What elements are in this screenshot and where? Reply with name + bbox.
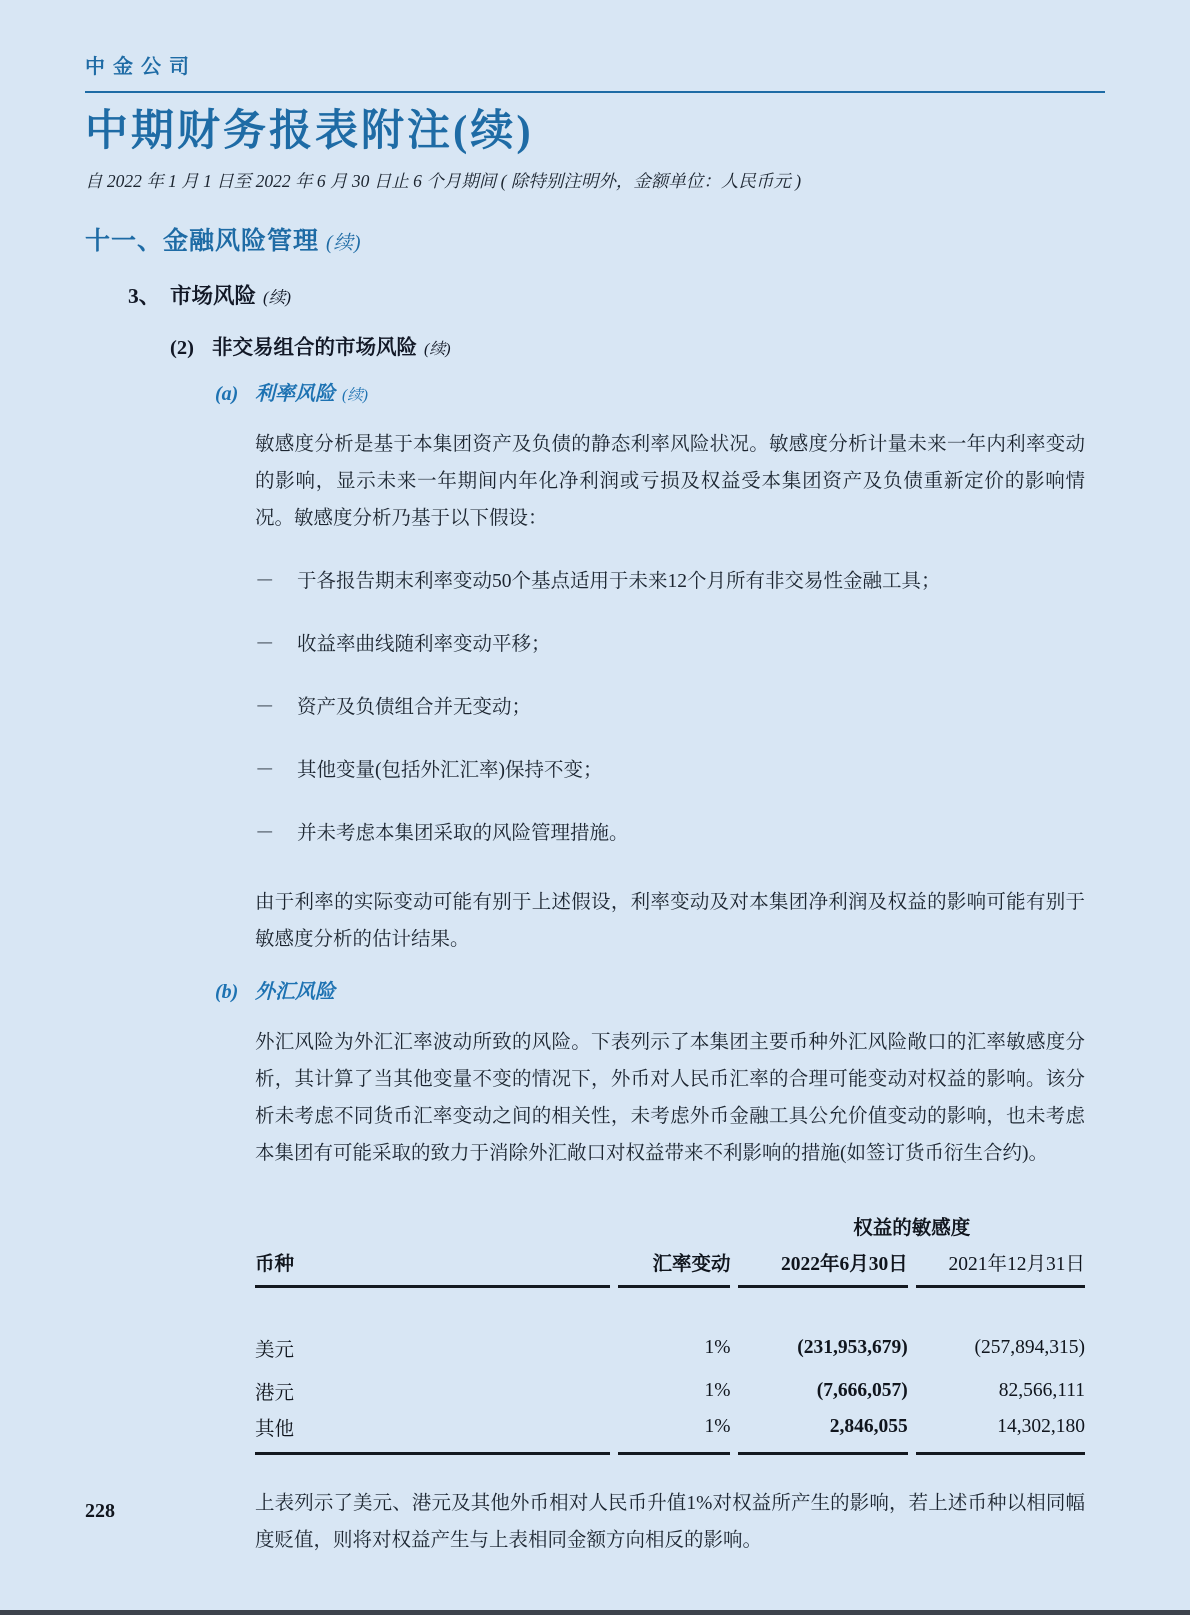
cell-value-2022: 2,846,055 [738, 1412, 907, 1455]
dash-marker: － [255, 563, 297, 600]
table-row: 其他 1% 2,846,055 14,302,180 [255, 1412, 1085, 1455]
table-row: 美元 1% (231,953,679) (257,894,315) [255, 1326, 1085, 1369]
cell-value-2021: 14,302,180 [916, 1412, 1085, 1455]
header-divider [85, 91, 1105, 93]
section-heading-market-risk: 3、市场风险(续) [128, 279, 1105, 310]
list-item: － 收益率曲线随利率变动平移； [255, 626, 1085, 663]
company-name: 中金公司 [85, 50, 1105, 79]
section-continued: (续) [342, 387, 368, 404]
dash-marker: － [255, 626, 297, 663]
section-heading-fx-risk: (b)外汇风险 [215, 975, 1105, 1004]
list-item-text: 并未考虑本集团采取的风险管理措施。 [297, 815, 1085, 852]
section-continued: (续) [326, 233, 362, 254]
list-item: － 并未考虑本集团采取的风险管理措施。 [255, 815, 1085, 852]
section-heading-interest-rate-risk: (a)利率风险(续) [215, 377, 1105, 406]
assumption-list: － 于各报告期末利率变动50个基点适用于未来12个月所有非交易性金融工具； － … [255, 563, 1085, 852]
table-spacer-row [255, 1288, 1085, 1326]
section-label: 外汇风险 [255, 981, 335, 1003]
cell-value-2021: 82,566,111 [916, 1369, 1085, 1412]
list-item-text: 其他变量(包括外汇汇率)保持不变； [297, 752, 1085, 789]
list-item: － 于各报告期末利率变动50个基点适用于未来12个月所有非交易性金融工具； [255, 563, 1085, 600]
cell-rate-change: 1% [618, 1369, 731, 1412]
table-row: 港元 1% (7,666,057) 82,566,111 [255, 1369, 1085, 1412]
page-number: 228 [85, 1500, 115, 1523]
paragraph-fx-intro: 外汇风险为外汇汇率波动所致的风险。下表列示了本集团主要币种外汇风险敞口的汇率敏感… [255, 1024, 1085, 1172]
list-item-text: 于各报告期末利率变动50个基点适用于未来12个月所有非交易性金融工具； [297, 563, 1085, 600]
cell-value-2022: (231,953,679) [738, 1326, 907, 1369]
page-bottom-edge [0, 1610, 1190, 1615]
dash-marker: － [255, 689, 297, 726]
table-header-row: 币种 汇率变动 2022年6月30日 2021年12月31日 [255, 1246, 1085, 1288]
list-item: － 资产及负债组合并无变动； [255, 689, 1085, 726]
cell-value-2022: (7,666,057) [738, 1369, 907, 1412]
section-label: 利率风险 [255, 383, 335, 405]
cell-value-2021: (257,894,315) [916, 1326, 1085, 1369]
paragraph-sensitivity-intro: 敏感度分析是基于本集团资产及负债的静态利率风险状况。敏感度分析计量未来一年内利率… [255, 426, 1085, 537]
page-subtitle: 自 2022 年 1 月 1 日至 2022 年 6 月 30 日止 6 个月期… [85, 168, 1105, 193]
page-content: 中金公司 中期财务报表附注(续) 自 2022 年 1 月 1 日至 2022 … [0, 0, 1190, 1559]
list-item: － 其他变量(包括外汇汇率)保持不变； [255, 752, 1085, 789]
section-heading-financial-risk: 十一、金融风险管理(续) [85, 221, 1105, 257]
group-header-equity-sensitivity: 权益的敏感度 [738, 1206, 1085, 1246]
fx-sensitivity-table: 权益的敏感度 币种 汇率变动 2022年6月30日 2021年12月31日 美元… [247, 1206, 1093, 1455]
section-heading-non-trading-market-risk: (2)非交易组合的市场风险(续) [170, 330, 1105, 360]
dash-marker: － [255, 752, 297, 789]
document-page: 中金公司 中期财务报表附注(续) 自 2022 年 1 月 1 日至 2022 … [0, 0, 1190, 1615]
paragraph-assumption-caveat: 由于利率的实际变动可能有别于上述假设，利率变动及对本集团净利润及权益的影响可能有… [255, 884, 1085, 958]
dash-marker: － [255, 815, 297, 852]
col-header-2021: 2021年12月31日 [916, 1246, 1085, 1288]
list-item-text: 资产及负债组合并无变动； [297, 689, 1085, 726]
section-label: 市场风险 [170, 284, 256, 308]
cell-rate-change: 1% [618, 1326, 731, 1369]
table-group-header-row: 权益的敏感度 [255, 1206, 1085, 1246]
list-item-text: 收益率曲线随利率变动平移； [297, 626, 1085, 663]
col-header-rate-change: 汇率变动 [618, 1246, 731, 1288]
cell-rate-change: 1% [618, 1412, 731, 1455]
section-label: 十一、金融风险管理 [85, 228, 319, 255]
col-header-currency: 币种 [255, 1246, 610, 1288]
paragraph-table-note: 上表列示了美元、港元及其他外币相对人民币升值1%对权益所产生的影响，若上述币种以… [255, 1485, 1085, 1559]
section-number: (a) [215, 383, 255, 406]
cell-currency: 其他 [255, 1412, 610, 1455]
section-continued: (续) [263, 288, 291, 307]
section-continued: (续) [424, 341, 451, 358]
empty-cell [618, 1206, 731, 1246]
cell-currency: 美元 [255, 1326, 610, 1369]
col-header-2022: 2022年6月30日 [738, 1246, 907, 1288]
page-title: 中期财务报表附注(续) [85, 107, 1105, 156]
section-number: (b) [215, 981, 255, 1004]
section-number: 3、 [128, 279, 170, 310]
empty-cell [255, 1206, 610, 1246]
section-label: 非交易组合的市场风险 [212, 337, 417, 359]
cell-currency: 港元 [255, 1369, 610, 1412]
section-number: (2) [170, 337, 212, 360]
